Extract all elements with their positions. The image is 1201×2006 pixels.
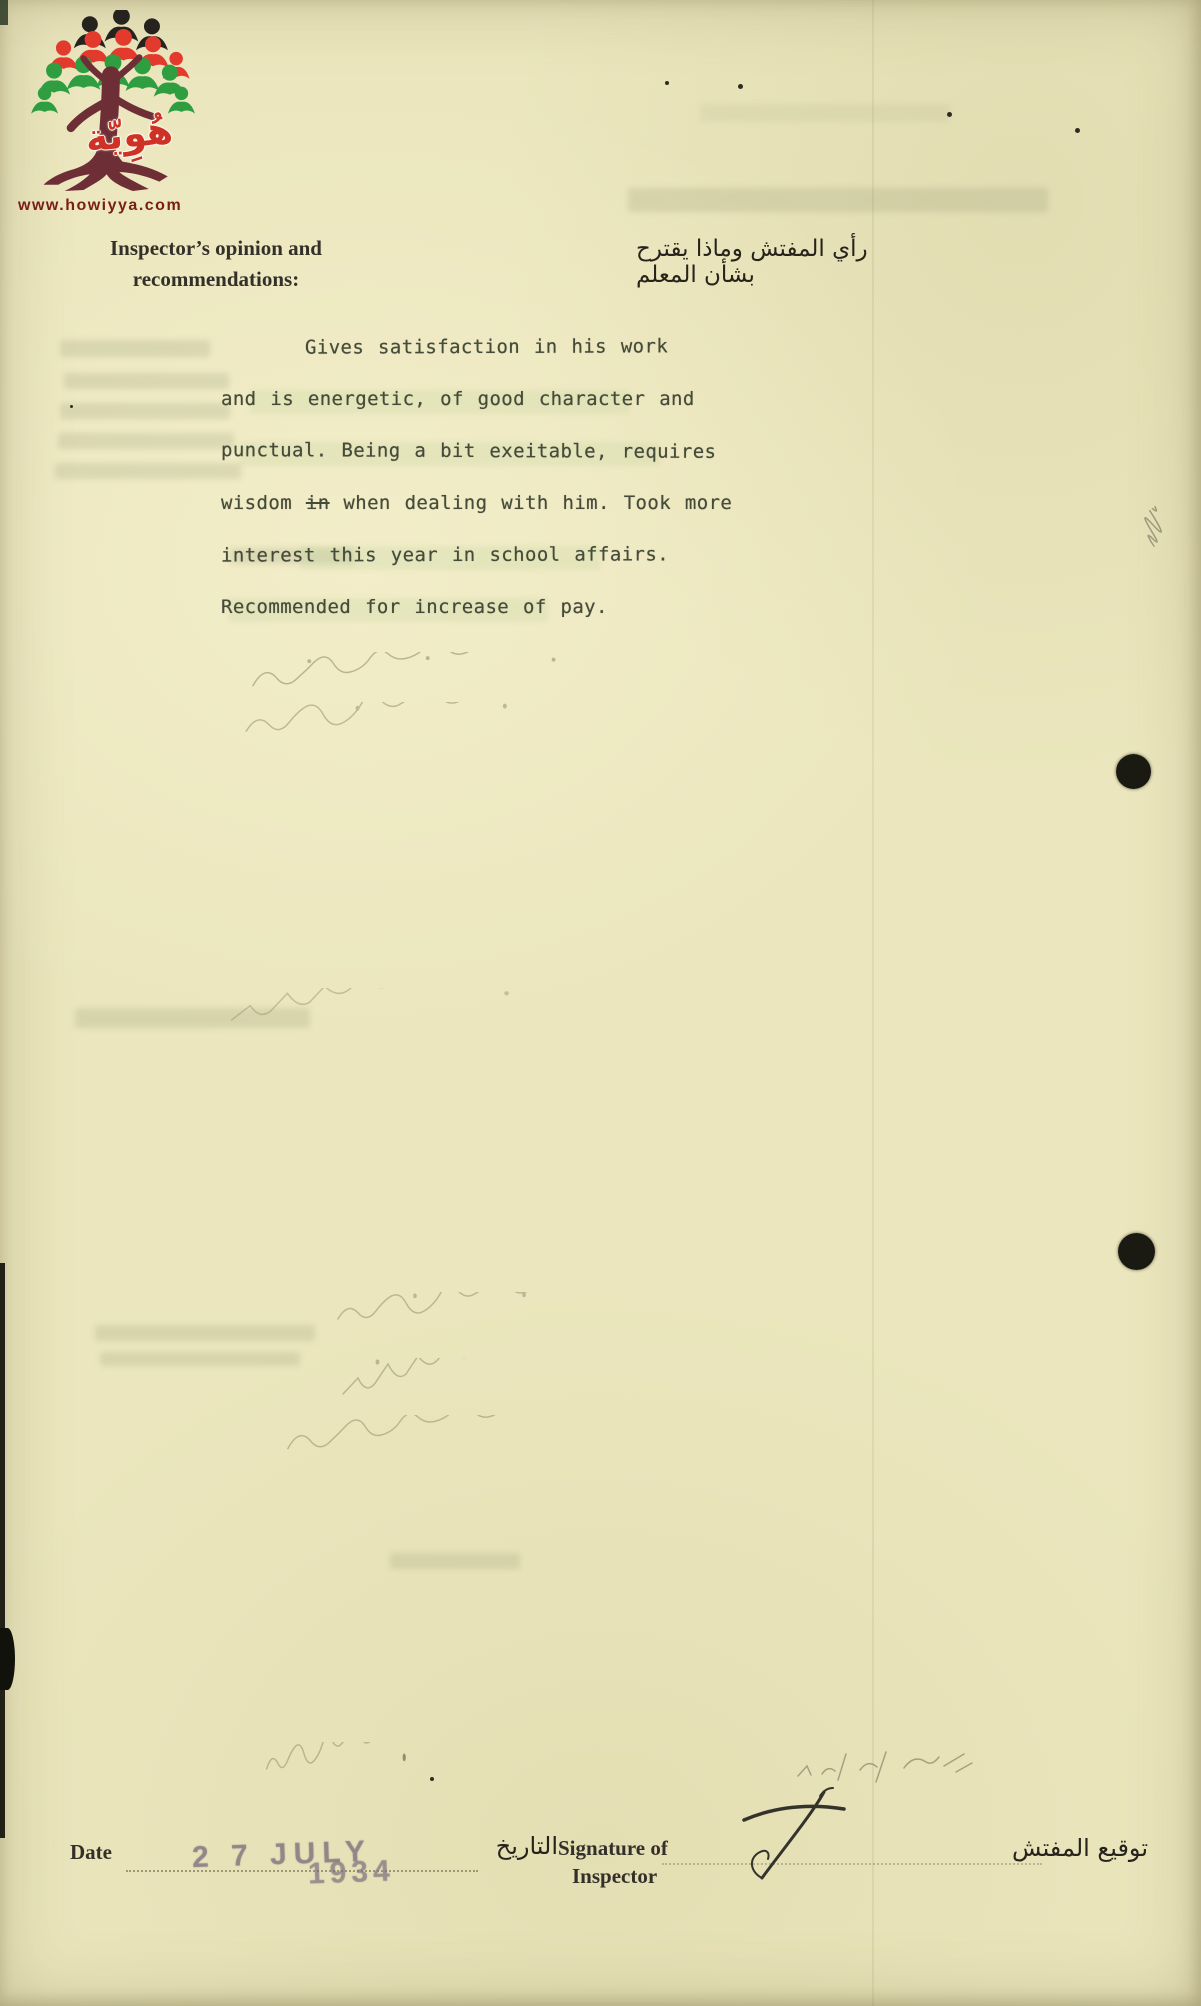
opinion-text-line: Gives satisfaction in his work xyxy=(305,335,668,358)
scanned-document-page: هُوِيّة www.howiyya.com Inspector’s opin… xyxy=(0,0,1201,2006)
scan-edge-blot xyxy=(0,1628,15,1690)
signature-label-arabic: توقيع المفتش xyxy=(1008,1834,1148,1862)
bleedthrough-smudge xyxy=(58,433,234,449)
bleedthrough-smudge xyxy=(60,403,230,419)
pencil-annotation xyxy=(250,652,635,704)
bleedthrough-smudge xyxy=(55,463,241,479)
bleedthrough-smudge xyxy=(628,188,1048,212)
ink-speck xyxy=(70,405,73,408)
signature-dotted-line xyxy=(662,1862,1042,1865)
ink-speck xyxy=(430,1777,434,1781)
ink-speck xyxy=(1075,128,1080,133)
inspectors-opinion-label: Inspector’s opinion and recommendations: xyxy=(78,233,354,295)
opinion-struck-word: in xyxy=(306,492,330,514)
inspectors-opinion-label-line2: recommendations: xyxy=(78,264,354,295)
punch-hole xyxy=(1118,1233,1155,1270)
opinion-text-line: punctual. Being a bit exeitable, require… xyxy=(221,439,716,463)
inspectors-opinion-label-line1: Inspector’s opinion and xyxy=(78,233,354,264)
pencil-annotation xyxy=(335,1292,655,1342)
watermark-url: www.howiyya.com xyxy=(18,197,208,215)
opinion-text-line: and is energetic, of good character and xyxy=(221,388,695,410)
pencil-edge-mark xyxy=(1134,486,1201,567)
pencil-annotation xyxy=(340,1358,655,1410)
opinion-line4-pre: wisdom xyxy=(221,492,306,514)
bleedthrough-smudge xyxy=(60,340,210,357)
howiyya-watermark-logo: هُوِيّة xyxy=(28,10,198,210)
bleedthrough-smudge xyxy=(95,1325,315,1341)
bleedthrough-smudge xyxy=(64,373,229,389)
scan-edge-shadow xyxy=(0,1263,5,1838)
bleedthrough-smudge xyxy=(700,104,950,122)
opinion-text-line: Recommended for increase of pay. xyxy=(221,596,608,618)
date-stamp-year: 1934 xyxy=(307,1854,395,1891)
opinion-line4-post: when dealing with him. Took more xyxy=(330,492,733,514)
pencil-annotation xyxy=(285,1415,655,1467)
paper-crease xyxy=(872,0,874,2006)
pencil-annotation xyxy=(243,702,603,756)
opinion-text-line: wisdom in when dealing with him. Took mo… xyxy=(221,492,732,514)
ink-speck xyxy=(665,81,669,85)
signature-label-line1: Signature of xyxy=(558,1836,668,1861)
bleedthrough-smudge xyxy=(390,1553,520,1569)
scan-corner-mark xyxy=(0,0,8,25)
inspector-signature xyxy=(732,1786,852,1886)
pencil-annotation xyxy=(265,1742,440,1792)
date-label-arabic: التاريخ xyxy=(478,1832,558,1860)
punch-hole xyxy=(1116,754,1151,789)
date-label: Date xyxy=(70,1840,112,1865)
bleedthrough-smudge xyxy=(100,1352,300,1366)
ink-speck xyxy=(947,112,952,117)
ink-speck xyxy=(738,84,743,89)
pencil-annotation xyxy=(228,988,618,1034)
opinion-text-line: interest this year in school affairs. xyxy=(221,543,669,566)
signature-label-line2: Inspector xyxy=(572,1864,657,1889)
inspectors-opinion-label-arabic: رأي المفتش وماذا يقترح بشأن المعلم xyxy=(636,236,912,288)
